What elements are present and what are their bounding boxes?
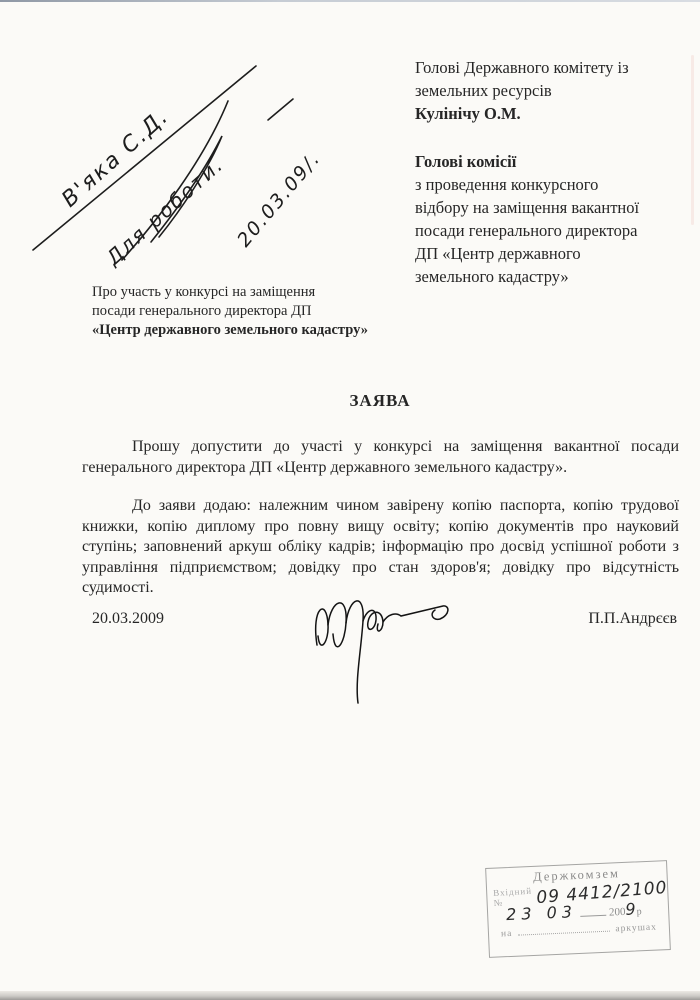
body-paragraph-1: Прошу допустити до участі у конкурсі на … — [82, 437, 679, 478]
commission-line: з проведення конкурсного — [415, 173, 690, 196]
signature-autograph — [303, 573, 458, 705]
subject-block: Про участь у конкурсі на заміщення посад… — [92, 283, 382, 340]
commission-line: посади генерального директора — [415, 219, 690, 242]
handwritten-resolution-note: В'яка С.Д. Для роботи. 20.03.09/. — [18, 8, 348, 283]
recipient-line: земельних ресурсів — [415, 79, 690, 102]
registration-stamp: Держкомзем Вхідний № 09 4412/2100 23 03 … — [485, 860, 671, 958]
stamp-pages-prefix: на — [501, 929, 513, 939]
stamp-year-printed: 200 — [609, 906, 626, 919]
scan-artifact — [691, 55, 694, 225]
signatory-name: П.П.Андрєєв — [588, 610, 677, 628]
document-title: ЗАЯВА — [82, 391, 678, 411]
commission-title: Голові комісії — [415, 150, 690, 173]
recipient-block: Голові Державного комітету із земельних … — [415, 56, 690, 125]
stamp-pages-blank-line — [518, 922, 610, 936]
stamp-incoming-number-label: Вхідний № — [493, 886, 533, 908]
stamp-pages-suffix: аркушах — [615, 923, 657, 935]
subject-line: Про участь у конкурсі на заміщення — [92, 283, 382, 302]
commission-line: відбору на заміщення вакантної — [415, 196, 690, 219]
commission-line: земельного кадастру» — [415, 265, 690, 288]
recipient-line: Голові Державного комітету із — [415, 56, 690, 79]
document-date: 20.03.2009 — [92, 610, 164, 628]
stamp-year-handwritten: 9 — [625, 899, 636, 918]
subject-line: «Центр державного земельного кадастру» — [92, 321, 382, 340]
scan-edge-top — [0, 0, 700, 2]
hand-note-line1: В'яка С.Д. — [57, 104, 174, 213]
handwriting-strokes: В'яка С.Д. Для роботи. 20.03.09/. — [18, 8, 348, 283]
recipient-name: Кулінічу О.М. — [415, 102, 690, 125]
scan-edge-bottom — [0, 991, 700, 1000]
scanned-document-page: В'яка С.Д. Для роботи. 20.03.09/. Голові… — [0, 0, 700, 1000]
subject-line: посади генерального директора ДП — [92, 302, 382, 321]
commission-line: ДП «Центр державного — [415, 242, 690, 265]
commission-block: Голові комісії з проведення конкурсного … — [415, 150, 690, 288]
hand-note-date: 20.03.09/. — [233, 147, 325, 251]
stamp-year-suffix: р — [636, 906, 641, 917]
